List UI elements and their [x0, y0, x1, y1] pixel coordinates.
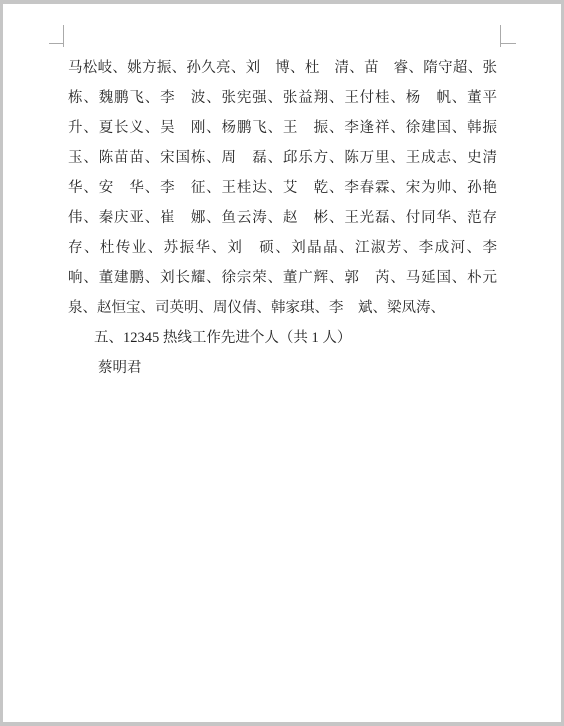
awardee-name: 蔡明君 — [68, 353, 497, 383]
name-list-line: 泉、赵恒宝、司英明、周仪倩、韩家琪、李 斌、梁凤涛、 — [68, 293, 497, 323]
name-list-line: 马松岐、姚方振、孙久亮、刘 博、杜 清、苗 睿、隋守超、张 — [68, 53, 497, 83]
name-list-line: 响、董建鹏、刘长耀、徐宗荣、董广辉、郭 芮、马延国、朴元 — [68, 263, 497, 293]
name-list-line: 升、夏长义、吴 刚、杨鹏飞、王 振、李逢祥、徐建国、韩振 — [68, 113, 497, 143]
name-list-line: 伟、秦庆亚、崔 娜、鱼云涛、赵 彬、王光磊、付同华、范存 — [68, 203, 497, 233]
margin-corner-mark-top-right-horizontal — [500, 43, 516, 44]
name-list-line: 华、安 华、李 征、王桂达、艾 乾、李春霖、宋为帅、孙艳 — [68, 173, 497, 203]
document-view: { "page": { "surround_color": "#c6c6c6",… — [0, 0, 564, 726]
margin-corner-mark-top-left-horizontal — [49, 43, 64, 44]
document-page: 马松岐、姚方振、孙久亮、刘 博、杜 清、苗 睿、隋守超、张 栋、魏鹏飞、李 波、… — [3, 4, 561, 722]
name-list-line: 玉、陈苗苗、宋国栋、周 磊、邱乐方、陈万里、王成志、史清 — [68, 143, 497, 173]
section-heading: 五、12345 热线工作先进个人（共 1 人） — [68, 323, 497, 353]
text-block: 马松岐、姚方振、孙久亮、刘 博、杜 清、苗 睿、隋守超、张 栋、魏鹏飞、李 波、… — [68, 53, 497, 383]
name-list-line: 栋、魏鹏飞、李 波、张宪强、张益翔、王付桂、杨 帆、董平 — [68, 83, 497, 113]
name-list-line: 存、杜传业、苏振华、刘 硕、刘晶晶、江淑芳、李成河、李 — [68, 233, 497, 263]
